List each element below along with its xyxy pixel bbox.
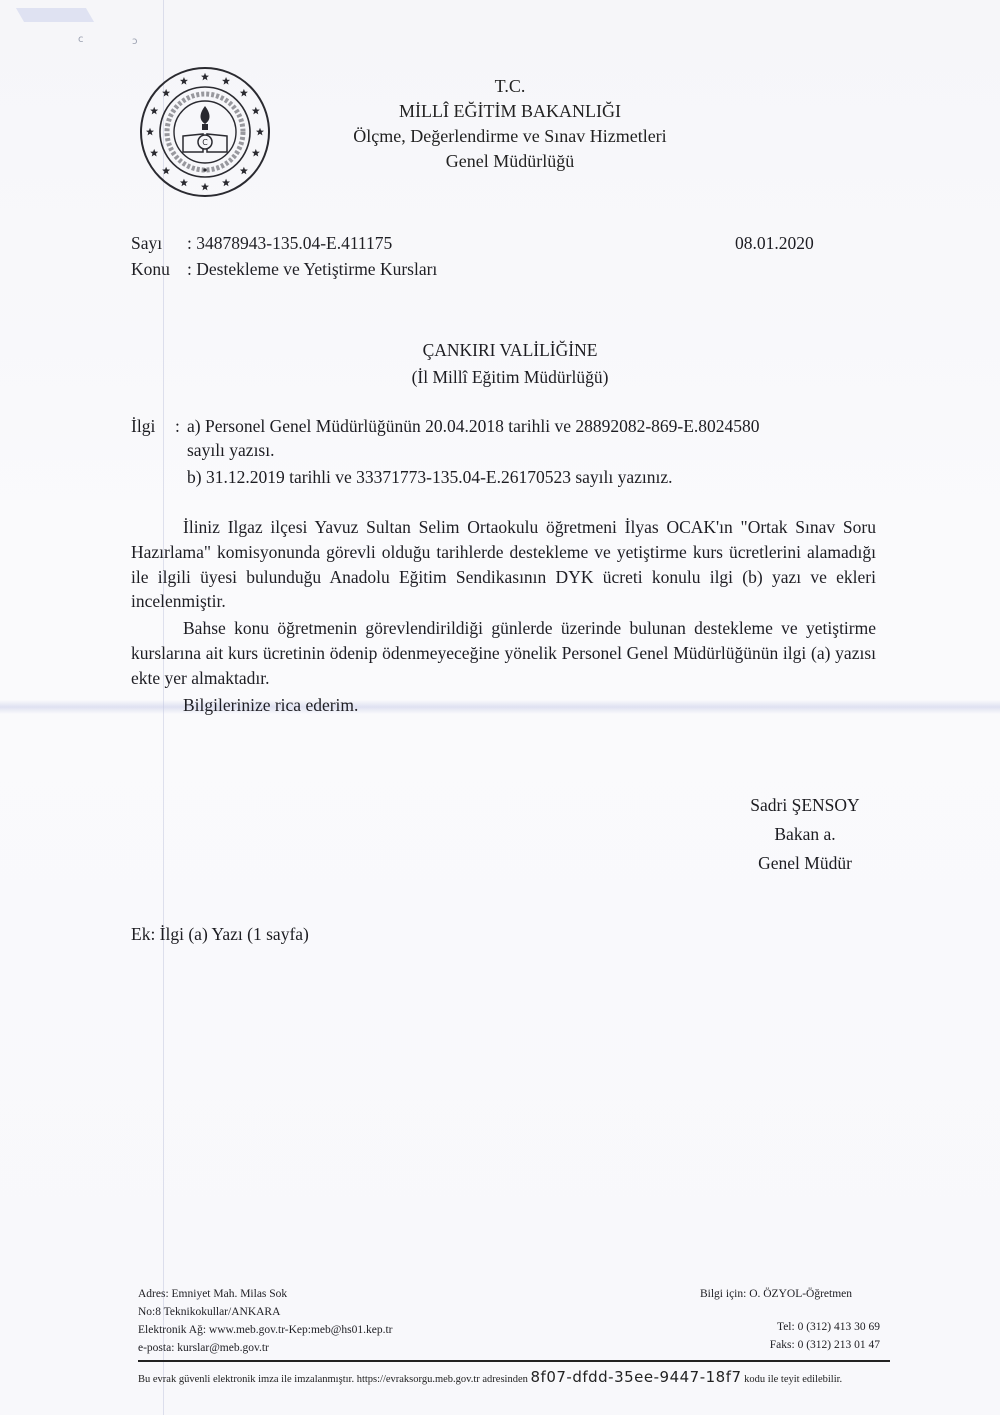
letterhead-directorate: Genel Müdürlüğü: [300, 149, 720, 174]
footer-contact: Bilgi için: O. ÖZYOL-Öğretmen Tel: 0 (31…: [700, 1285, 880, 1354]
letterhead-department: Ölçme, Değerlendirme ve Sınav Hizmetleri: [300, 124, 720, 149]
konu-value: : Destekleme ve Yetiştirme Kursları: [187, 259, 437, 279]
scan-mark: c: [78, 34, 84, 45]
footer-fax: Faks: 0 (312) 213 01 47: [700, 1336, 880, 1354]
reference-item-a-cont: sayılı yazısı.: [187, 438, 274, 462]
document-number-row: Sayı: 34878943-135.04-E.411175: [131, 233, 392, 254]
attachment-note: Ek: İlgi (a) Yazı (1 sayfa): [131, 924, 309, 945]
reference-colon: :: [175, 414, 180, 438]
konu-label: Konu: [131, 259, 187, 280]
letterhead-ministry: MİLLÎ EĞİTİM BAKANLIĞI: [300, 99, 720, 124]
document-date: 08.01.2020: [735, 233, 814, 254]
reference-label: İlgi: [131, 414, 171, 438]
e-signature-verification: Bu evrak güvenli elektronik imza ile imz…: [138, 1368, 842, 1386]
body-paragraph: Bahse konu öğretmenin görevlendirildiği …: [131, 616, 876, 690]
subject-row: Konu: Destekleme ve Yetiştirme Kursları: [131, 259, 437, 280]
ministry-seal-icon: C: [137, 64, 273, 200]
letterhead-tc: T.C.: [300, 74, 720, 99]
svg-text:C: C: [202, 138, 208, 147]
signatory-title-2: Genel Müdür: [730, 849, 880, 878]
footer-address-line: Adres: Emniyet Mah. Milas Sok: [138, 1285, 392, 1303]
scanned-letter-page: c ɔ C T.C. MİLLÎ EĞİTİM BAKANLIĞI Ölçme,…: [0, 0, 1000, 1415]
footer-info-contact: Bilgi için: O. ÖZYOL-Öğretmen: [700, 1285, 880, 1303]
verify-prefix[interactable]: Bu evrak güvenli elektronik imza ile imz…: [138, 1374, 528, 1385]
reference-item-a: a) Personel Genel Müdürlüğünün 20.04.201…: [187, 414, 760, 438]
sayi-value: : 34878943-135.04-E.411175: [187, 233, 392, 253]
scan-mark: ɔ: [132, 36, 138, 47]
signatory-name: Sadri ŞENSOY: [730, 791, 880, 820]
reference-item-b: b) 31.12.2019 tarihli ve 33371773-135.04…: [187, 465, 673, 489]
footer-web-link[interactable]: Elektronik Ağ: www.meb.gov.tr-Kep:meb@hs…: [138, 1321, 392, 1339]
footer-address-line: No:8 Teknikokullar/ANKARA: [138, 1303, 392, 1321]
verify-suffix: kodu ile teyit edilebilir.: [744, 1374, 842, 1385]
footer-phone: Tel: 0 (312) 413 30 69: [700, 1318, 880, 1336]
sayi-label: Sayı: [131, 233, 187, 254]
body-paragraph: İliniz Ilgaz ilçesi Yavuz Sultan Selim O…: [131, 515, 876, 614]
footer-address: Adres: Emniyet Mah. Milas Sok No:8 Tekni…: [138, 1285, 392, 1357]
footer-email-link[interactable]: e-posta: kurslar@meb.gov.tr: [138, 1339, 392, 1357]
signature-block: Sadri ŞENSOY Bakan a. Genel Müdür: [730, 791, 880, 878]
signatory-title-1: Bakan a.: [730, 820, 880, 849]
letter-body: İliniz Ilgaz ilçesi Yavuz Sultan Selim O…: [131, 515, 876, 717]
verify-code: 8f07-dfdd-35ee-9447-18f7: [531, 1368, 742, 1386]
scan-smudge: [16, 8, 94, 22]
addressee-subtitle: (İl Millî Eğitim Müdürlüğü): [300, 367, 720, 388]
addressee-title: ÇANKIRI VALİLİĞİNE: [300, 340, 720, 361]
footer-divider: [138, 1360, 890, 1362]
closing-line: Bilgilerinize rica ederim.: [131, 693, 876, 718]
letterhead: T.C. MİLLÎ EĞİTİM BAKANLIĞI Ölçme, Değer…: [300, 74, 720, 174]
